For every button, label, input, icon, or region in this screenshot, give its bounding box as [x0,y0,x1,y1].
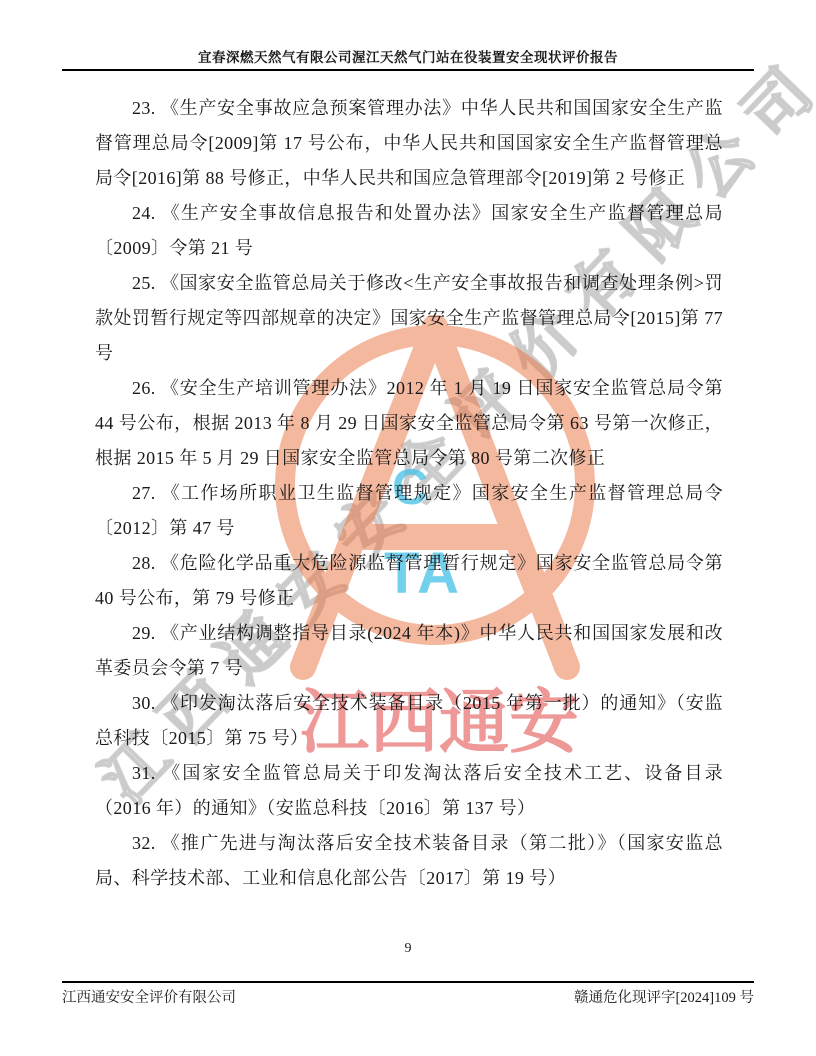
list-item: 26. 《安全生产培训管理办法》2012 年 1 月 19 日国家安全监管总局令… [95,371,723,476]
document-page: { "header": { "title": "宜春深燃天然气有限公司渥江天然气… [0,0,816,1056]
list-item: 27. 《工作场所职业卫生监督管理规定》国家安全生产监督管理总局令〔2012〕第… [95,476,723,546]
list-item: 32. 《推广先进与淘汰落后安全技术装备目录（第二批）》（国家安监总局、科学技术… [95,826,723,896]
report-page: 江西通安安全评价有限公司 C TA 江西通安 宜春深燃天然气有限公司渥江天然气门… [0,0,816,1056]
list-item: 29. 《产业结构调整指导目录(2024 年本)》中华人民共和国国家发展和改革委… [95,616,723,686]
header-divider [62,69,754,71]
footer-doc-number: 赣通危化现评字[2024]109 号 [574,986,754,1007]
list-item: 24. 《生产安全事故信息报告和处置办法》国家安全生产监督管理总局〔2009〕令… [95,196,723,266]
list-item: 28. 《危险化学品重大危险源监督管理暂行规定》国家安全监管总局令第 40 号公… [95,546,723,616]
list-item: 25. 《国家安全监管总局关于修改<生产安全事故报告和调查处理条例>罚款处罚暂行… [95,266,723,371]
page-number: 9 [0,941,816,957]
footer: 江西通安安全评价有限公司 赣通危化现评字[2024]109 号 [62,986,754,1007]
content-layer: 宜春深燃天然气有限公司渥江天然气门站在役装置安全现状评价报告 23. 《生产安全… [0,0,816,1056]
regulation-list: 23. 《生产安全事故应急预案管理办法》中华人民共和国国家安全生产监督管理总局令… [95,91,723,896]
list-item: 30. 《印发淘汰落后安全技术装备目录（2015 年第一批）的通知》（安监总科技… [95,686,723,756]
footer-divider [62,981,754,983]
list-item: 23. 《生产安全事故应急预案管理办法》中华人民共和国国家安全生产监督管理总局令… [95,91,723,196]
list-item: 31. 《国家安全监管总局关于印发淘汰落后安全技术工艺、设备目录（2016 年）… [95,756,723,826]
page-header-title: 宜春深燃天然气有限公司渥江天然气门站在役装置安全现状评价报告 [62,46,754,66]
footer-company-name: 江西通安安全评价有限公司 [62,986,236,1007]
